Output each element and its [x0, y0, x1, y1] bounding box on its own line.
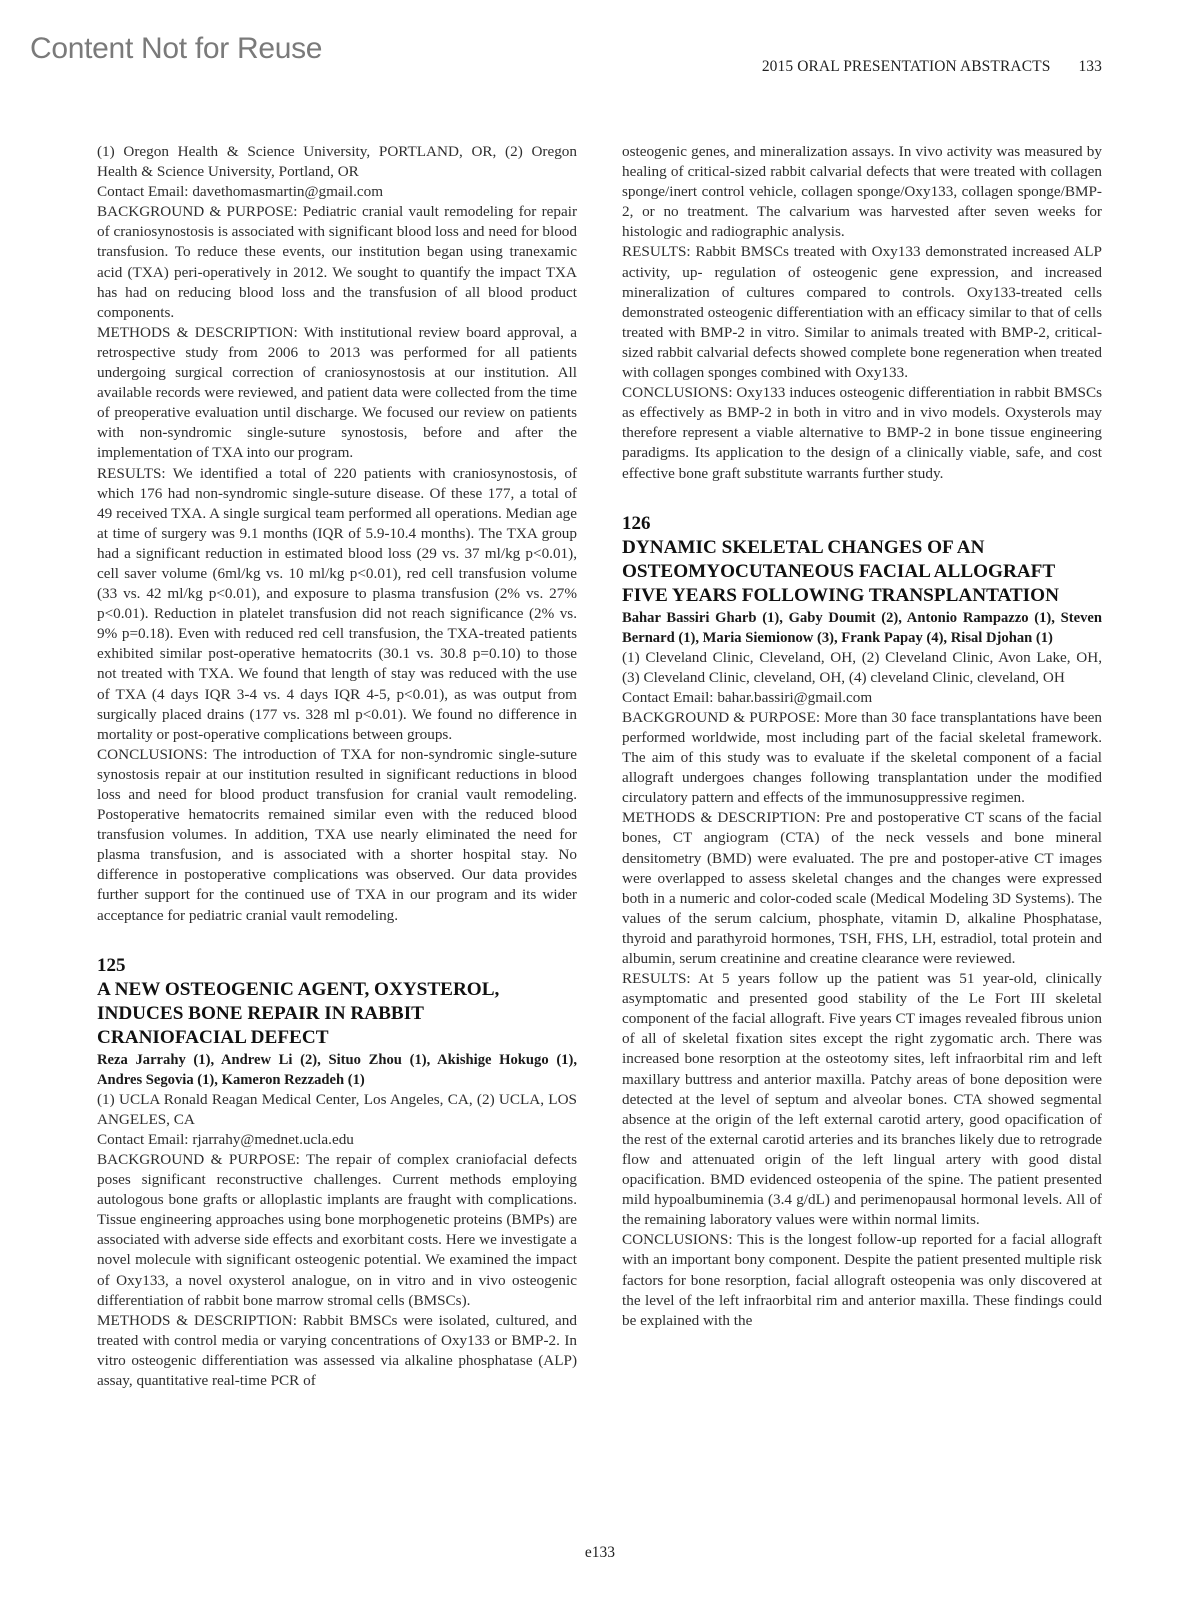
abstract-125: 125 A NEW OSTEOGENIC AGENT, OXYSTEROL, I…: [97, 954, 577, 1391]
abstract-title-line: CRANIOFACIAL DEFECT: [97, 1026, 577, 1050]
affiliations: (1) UCLA Ronald Reagan Medical Center, L…: [97, 1090, 577, 1130]
methods-section: METHODS & DESCRIPTION: Rabbit BMSCs were…: [97, 1311, 577, 1391]
right-column: osteogenic genes, and mineralization ass…: [622, 142, 1102, 1331]
affiliations: (1) Cleveland Clinic, Cleveland, OH, (2)…: [622, 648, 1102, 688]
header-page-number: 133: [1078, 58, 1102, 75]
methods-section: METHODS & DESCRIPTION: Pre and postopera…: [622, 808, 1102, 969]
background-section: BACKGROUND & PURPOSE: Pediatric cranial …: [97, 202, 577, 323]
results-section: RESULTS: We identified a total of 220 pa…: [97, 464, 577, 745]
abstract-title-line: DYNAMIC SKELETAL CHANGES OF AN: [622, 536, 1102, 560]
conclusions-section: CONCLUSIONS: The introduction of TXA for…: [97, 745, 577, 926]
results-section: RESULTS: Rabbit BMSCs treated with Oxy13…: [622, 242, 1102, 383]
left-column: (1) Oregon Health & Science University, …: [97, 142, 577, 1391]
running-header: 2015 ORAL PRESENTATION ABSTRACTS133: [762, 58, 1102, 76]
footer-page-id: e133: [585, 1544, 615, 1561]
spacer: [97, 926, 577, 950]
abstract-number: 125: [97, 954, 577, 978]
abstract-124-continued: (1) Oregon Health & Science University, …: [97, 142, 577, 926]
conclusions-section: CONCLUSIONS: This is the longest follow-…: [622, 1230, 1102, 1330]
abstract-126: 126 DYNAMIC SKELETAL CHANGES OF AN OSTEO…: [622, 512, 1102, 1331]
abstract-number: 126: [622, 512, 1102, 536]
contact-email: Contact Email: bahar.bassiri@gmail.com: [622, 688, 1102, 708]
abstract-125-continued: osteogenic genes, and mineralization ass…: [622, 142, 1102, 484]
authors: Reza Jarrahy (1), Andrew Li (2), Situo Z…: [97, 1050, 577, 1090]
abstract-title-line: INDUCES BONE REPAIR IN RABBIT: [97, 1002, 577, 1026]
background-section: BACKGROUND & PURPOSE: The repair of comp…: [97, 1150, 577, 1311]
affiliations: (1) Oregon Health & Science University, …: [97, 142, 577, 182]
contact-email: Contact Email: davethomasmartin@gmail.co…: [97, 182, 577, 202]
page-footer: e133: [0, 1544, 1200, 1562]
abstract-title-line: A NEW OSTEOGENIC AGENT, OXYSTEROL,: [97, 978, 577, 1002]
methods-section: METHODS & DESCRIPTION: With institutiona…: [97, 323, 577, 464]
abstract-title-line: FIVE YEARS FOLLOWING TRANSPLANTATION: [622, 584, 1102, 608]
abstract-title-line: OSTEOMYOCUTANEOUS FACIAL ALLOGRAFT: [622, 560, 1102, 584]
methods-section-continued: osteogenic genes, and mineralization ass…: [622, 142, 1102, 242]
contact-email: Contact Email: rjarrahy@mednet.ucla.edu: [97, 1130, 577, 1150]
background-section: BACKGROUND & PURPOSE: More than 30 face …: [622, 708, 1102, 808]
results-section: RESULTS: At 5 years follow up the patien…: [622, 969, 1102, 1230]
running-title: 2015 ORAL PRESENTATION ABSTRACTS: [762, 58, 1051, 75]
watermark: Content Not for Reuse: [30, 30, 322, 68]
authors: Bahar Bassiri Gharb (1), Gaby Doumit (2)…: [622, 608, 1102, 648]
conclusions-section: CONCLUSIONS: Oxy133 induces osteogenic d…: [622, 383, 1102, 483]
spacer: [622, 484, 1102, 508]
